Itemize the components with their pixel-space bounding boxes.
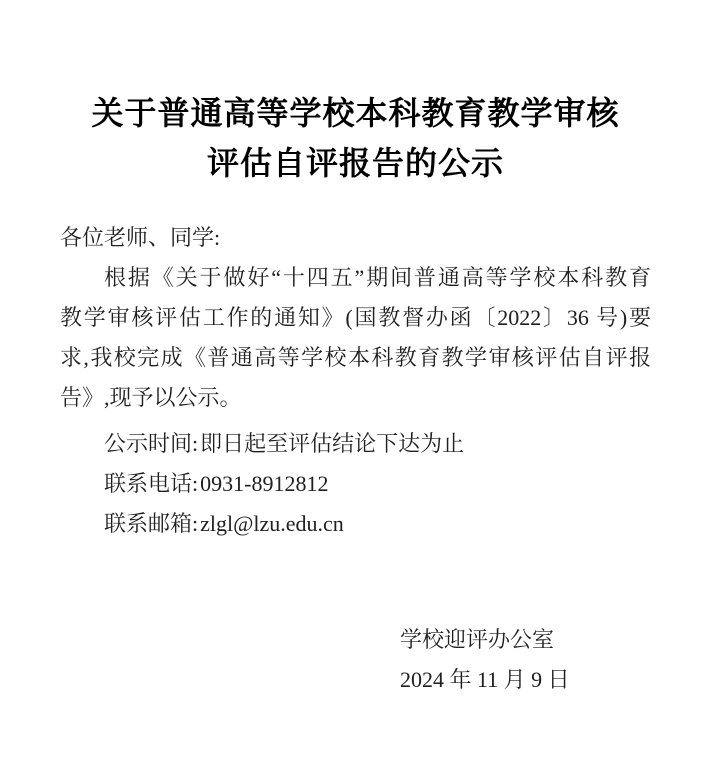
paragraph-line-2: 教学审核评估工作的通知》(国教督办函〔2022〕36 号)要 bbox=[60, 298, 651, 338]
paragraph-line-3: 求,我校完成《普通高等学校本科教育教学审核评估自评报 bbox=[60, 338, 651, 378]
notice-paragraph: 根据《关于做好“十四五”期间普通高等学校本科教育 教学审核评估工作的通知》(国教… bbox=[60, 258, 651, 418]
paragraph-line-4: 告》,现予以公示。 bbox=[60, 378, 651, 418]
info-line-contact-phone: 联系电话:0931-8912812 bbox=[60, 464, 651, 504]
notice-title-line-2: 评估自评报告的公示 bbox=[60, 138, 651, 188]
publicity-period-label: 公示时间: bbox=[104, 431, 198, 456]
paragraph-line-1: 根据《关于做好“十四五”期间普通高等学校本科教育 bbox=[60, 258, 651, 298]
publicity-period-value: 即日起至评估结论下达为止 bbox=[200, 431, 464, 456]
document-page: 关于普通高等学校本科教育教学审核 评估自评报告的公示 各位老师、同学: 根据《关… bbox=[0, 0, 711, 779]
signature-date: 2024 年 11 月 9 日 bbox=[400, 660, 651, 700]
notice-title: 关于普通高等学校本科教育教学审核 评估自评报告的公示 bbox=[60, 88, 651, 188]
contact-email-value: zlgl@lzu.edu.cn bbox=[200, 511, 344, 536]
notice-title-line-1: 关于普通高等学校本科教育教学审核 bbox=[60, 88, 651, 138]
contact-info-block: 公示时间:即日起至评估结论下达为止 联系电话:0931-8912812 联系邮箱… bbox=[60, 424, 651, 544]
signature-block: 学校迎评办公室 2024 年 11 月 9 日 bbox=[400, 620, 651, 700]
info-line-contact-email: 联系邮箱:zlgl@lzu.edu.cn bbox=[60, 504, 651, 544]
salutation-text: 各位老师、同学: bbox=[60, 218, 651, 258]
contact-phone-label: 联系电话: bbox=[104, 471, 198, 496]
info-line-publicity-period: 公示时间:即日起至评估结论下达为止 bbox=[60, 424, 651, 464]
signature-org: 学校迎评办公室 bbox=[400, 620, 651, 660]
contact-email-label: 联系邮箱: bbox=[104, 511, 198, 536]
contact-phone-value: 0931-8912812 bbox=[200, 471, 328, 496]
